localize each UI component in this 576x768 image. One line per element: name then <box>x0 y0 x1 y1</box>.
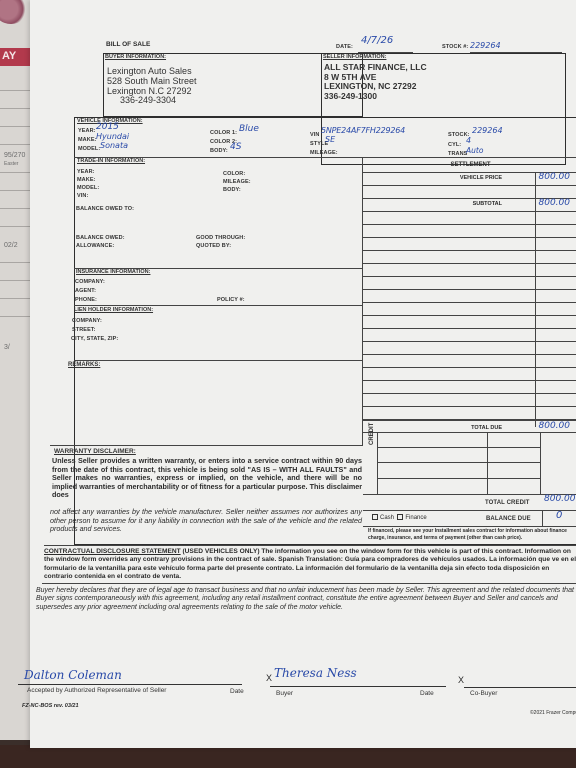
planner-note: 3/ <box>4 344 10 351</box>
vehicle-body[interactable]: 4S <box>230 142 241 152</box>
seller-signature[interactable]: Dalton Coleman <box>24 668 122 682</box>
settlement-blank-row[interactable] <box>363 354 576 367</box>
vehicle-color1[interactable]: Blue <box>239 124 259 134</box>
desk-surface <box>0 745 576 768</box>
vehicle-style[interactable]: SE <box>325 135 335 144</box>
date-value[interactable]: 4/7/26 <box>361 35 393 46</box>
remarks-field[interactable] <box>70 372 360 444</box>
buyer-address: Lexington Auto Sales528 South Main Stree… <box>107 66 197 96</box>
form-id: FZ-NC-BOS rev. 03/21 <box>22 703 79 709</box>
warranty-bold-text: Unless Seller provides a written warrant… <box>52 457 362 500</box>
settlement-blank-row[interactable] <box>363 341 576 354</box>
settlement-blank-row[interactable] <box>363 367 576 380</box>
settlement-blank-row[interactable] <box>363 380 576 393</box>
settlement-blank-row[interactable] <box>363 263 576 276</box>
tradein-section-title: TRADE-IN INFORMATION: <box>77 158 145 164</box>
settlement-blank-row[interactable] <box>363 393 576 406</box>
balance-due-value[interactable]: 0 <box>556 510 562 521</box>
settlement-header: SETTLEMENT <box>363 162 576 168</box>
lien-section-title: LIEN HOLDER INFORMATION: <box>74 307 153 313</box>
vehicle-price-value[interactable]: 800.00 <box>539 172 571 182</box>
settlement-blank-row[interactable] <box>363 406 576 419</box>
total-due-value[interactable]: 800.00 <box>539 421 571 431</box>
vehicle-cyl[interactable]: 4 <box>466 136 471 145</box>
settlement-blank-row[interactable] <box>363 328 576 341</box>
settlement-blank-row[interactable] <box>363 276 576 289</box>
settlement-blank-row[interactable] <box>363 250 576 263</box>
planner-note: Easter <box>4 161 18 167</box>
payment-type: Cash Finance <box>372 514 427 521</box>
settlement-blank-row[interactable] <box>363 224 576 237</box>
subtotal-value[interactable]: 800.00 <box>539 198 571 208</box>
planner-note: 02/2 <box>4 242 18 249</box>
warranty-section-title: WARRANTY DISCLAIMER: <box>54 448 136 455</box>
subtotal-row: SUBTOTAL 800.00 <box>363 198 576 211</box>
insurance-section-title: INSURANCE INFORMATION: <box>76 269 150 275</box>
planner-note: 95/270 <box>4 152 25 159</box>
settlement-blank-row[interactable] <box>363 315 576 328</box>
settlement-blank-row[interactable] <box>363 211 576 224</box>
vehicle-model[interactable]: Sonata <box>100 141 128 150</box>
date-label: DATE: <box>336 44 353 50</box>
warranty-text: not affect any warranties by the vehicle… <box>50 508 362 534</box>
credit-label: CREDIT <box>369 423 375 445</box>
vehicle-price-row: VEHICLE PRICE 800.00 <box>363 172 576 185</box>
stock-label: STOCK #: <box>442 44 468 50</box>
settlement-blank-row[interactable] <box>363 237 576 250</box>
total-credit-value[interactable]: 800.00 <box>544 494 576 504</box>
vehicle-trans[interactable]: Auto <box>466 146 483 155</box>
buyer-section-title: BUYER INFORMATION: <box>105 54 166 60</box>
stock-value[interactable]: 229264 <box>470 41 501 50</box>
flower-decoration <box>0 0 28 24</box>
disclosure-statement: CONTRACTUAL DISCLOSURE STATEMENT (USED V… <box>44 548 576 582</box>
settlement-blank-row[interactable] <box>363 289 576 302</box>
form-title: BILL OF SALE <box>106 41 150 48</box>
buyer-signature[interactable]: Theresa Ness <box>274 666 357 680</box>
finance-note: If financed, please see your Installment… <box>368 528 576 541</box>
seller-section-title: SELLER INFORMATION: <box>323 54 386 60</box>
seller-address: ALL STAR FINANCE, LLC8 W 5TH AVELEXINGTO… <box>324 63 427 101</box>
vehicle-vin[interactable]: 5NPE24AF7FH229264 <box>321 126 405 135</box>
settlement-blank-row[interactable] <box>363 302 576 315</box>
agreement-text: Buyer hereby declares that they are of l… <box>36 587 576 612</box>
remarks-section-title: REMARKS: <box>68 362 100 368</box>
vehicle-make[interactable]: Hyundai <box>96 132 129 141</box>
buyer-phone: 336-249-3304 <box>120 95 176 105</box>
cobuyer-signature[interactable] <box>464 687 576 688</box>
copyright: ©2021 Frazer Computing <box>530 710 576 716</box>
cash-checkbox[interactable]: Cash <box>372 515 394 521</box>
finance-checkbox[interactable]: Finance <box>397 515 426 521</box>
vehicle-year[interactable]: 2015 <box>96 122 119 132</box>
bill-of-sale-document: BILL OF SALE DATE: 4/7/26 STOCK #: 22926… <box>30 0 576 748</box>
vehicle-stock[interactable]: 229264 <box>472 126 503 135</box>
